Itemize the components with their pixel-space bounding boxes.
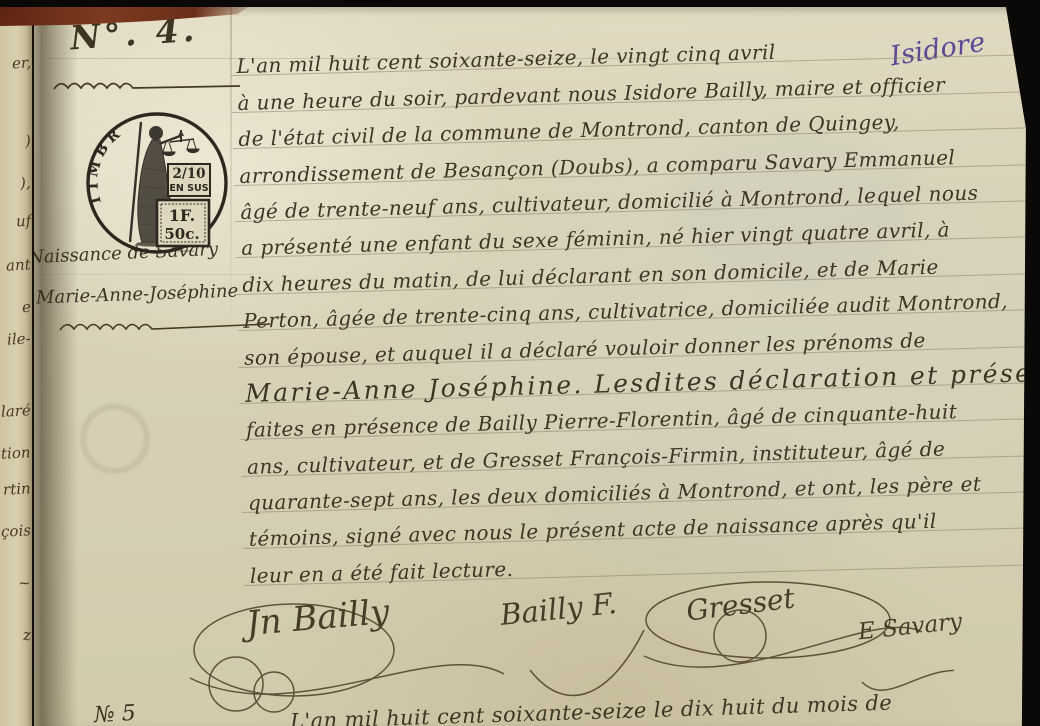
facing-page-text-fragment: e (22, 298, 32, 316)
margin-note-line2: Marie-Anne-Joséphine (36, 280, 239, 308)
pen-flourish (58, 318, 273, 336)
facing-page-text-fragment: z (23, 626, 32, 644)
stamp-surtax-fraction: 2/10 (172, 166, 205, 182)
signature-flourishes (174, 578, 954, 726)
next-act-number: № 5 (93, 701, 136, 726)
stamp-bleedthrough (80, 404, 150, 474)
ruled-line (34, 274, 254, 275)
register-page: N°. 4. TIMBRE (34, 6, 1040, 726)
stamp-value-francs: 1F. (169, 206, 195, 225)
facing-page-text-fragment: ) (25, 132, 32, 150)
stamp-value-centimes: 50c. (164, 225, 199, 243)
stamp-surtax-word: EN SUS (169, 183, 208, 194)
facing-page-text-fragment: laré (1, 401, 32, 421)
pen-flourish (52, 78, 242, 96)
facing-page-text-fragment: rtin (3, 479, 32, 498)
stamp-value-box: 1F. 50c. (157, 200, 209, 246)
facing-page-text-fragment: er, (11, 54, 31, 73)
document-scan: er,)),ufanteile-larétionrtinçois~z N°. 4… (0, 0, 1040, 726)
previous-page-edge: er,)),ufanteile-larétionrtinçois~z (0, 8, 32, 726)
facing-page-text-fragment: tion (1, 443, 31, 463)
stamp-surtax-box: 2/10 EN SUS (168, 164, 210, 196)
act-text-block: L'an mil huit cent soixante-seize, le vi… (236, 23, 1040, 590)
facing-page-text-fragment: uf (15, 212, 31, 231)
photo-backdrop-top (0, 0, 1040, 7)
facing-page-text-fragment: ), (20, 174, 32, 193)
facing-page-text-fragment: ~ (18, 574, 32, 593)
facing-page-text-fragment: ant (6, 255, 32, 274)
facing-page-text-fragment: ile- (7, 329, 31, 348)
facing-page-text-fragment: çois (1, 521, 32, 541)
revenue-stamp-icon: TIMBRE 2/10 EN SUS (82, 108, 232, 260)
